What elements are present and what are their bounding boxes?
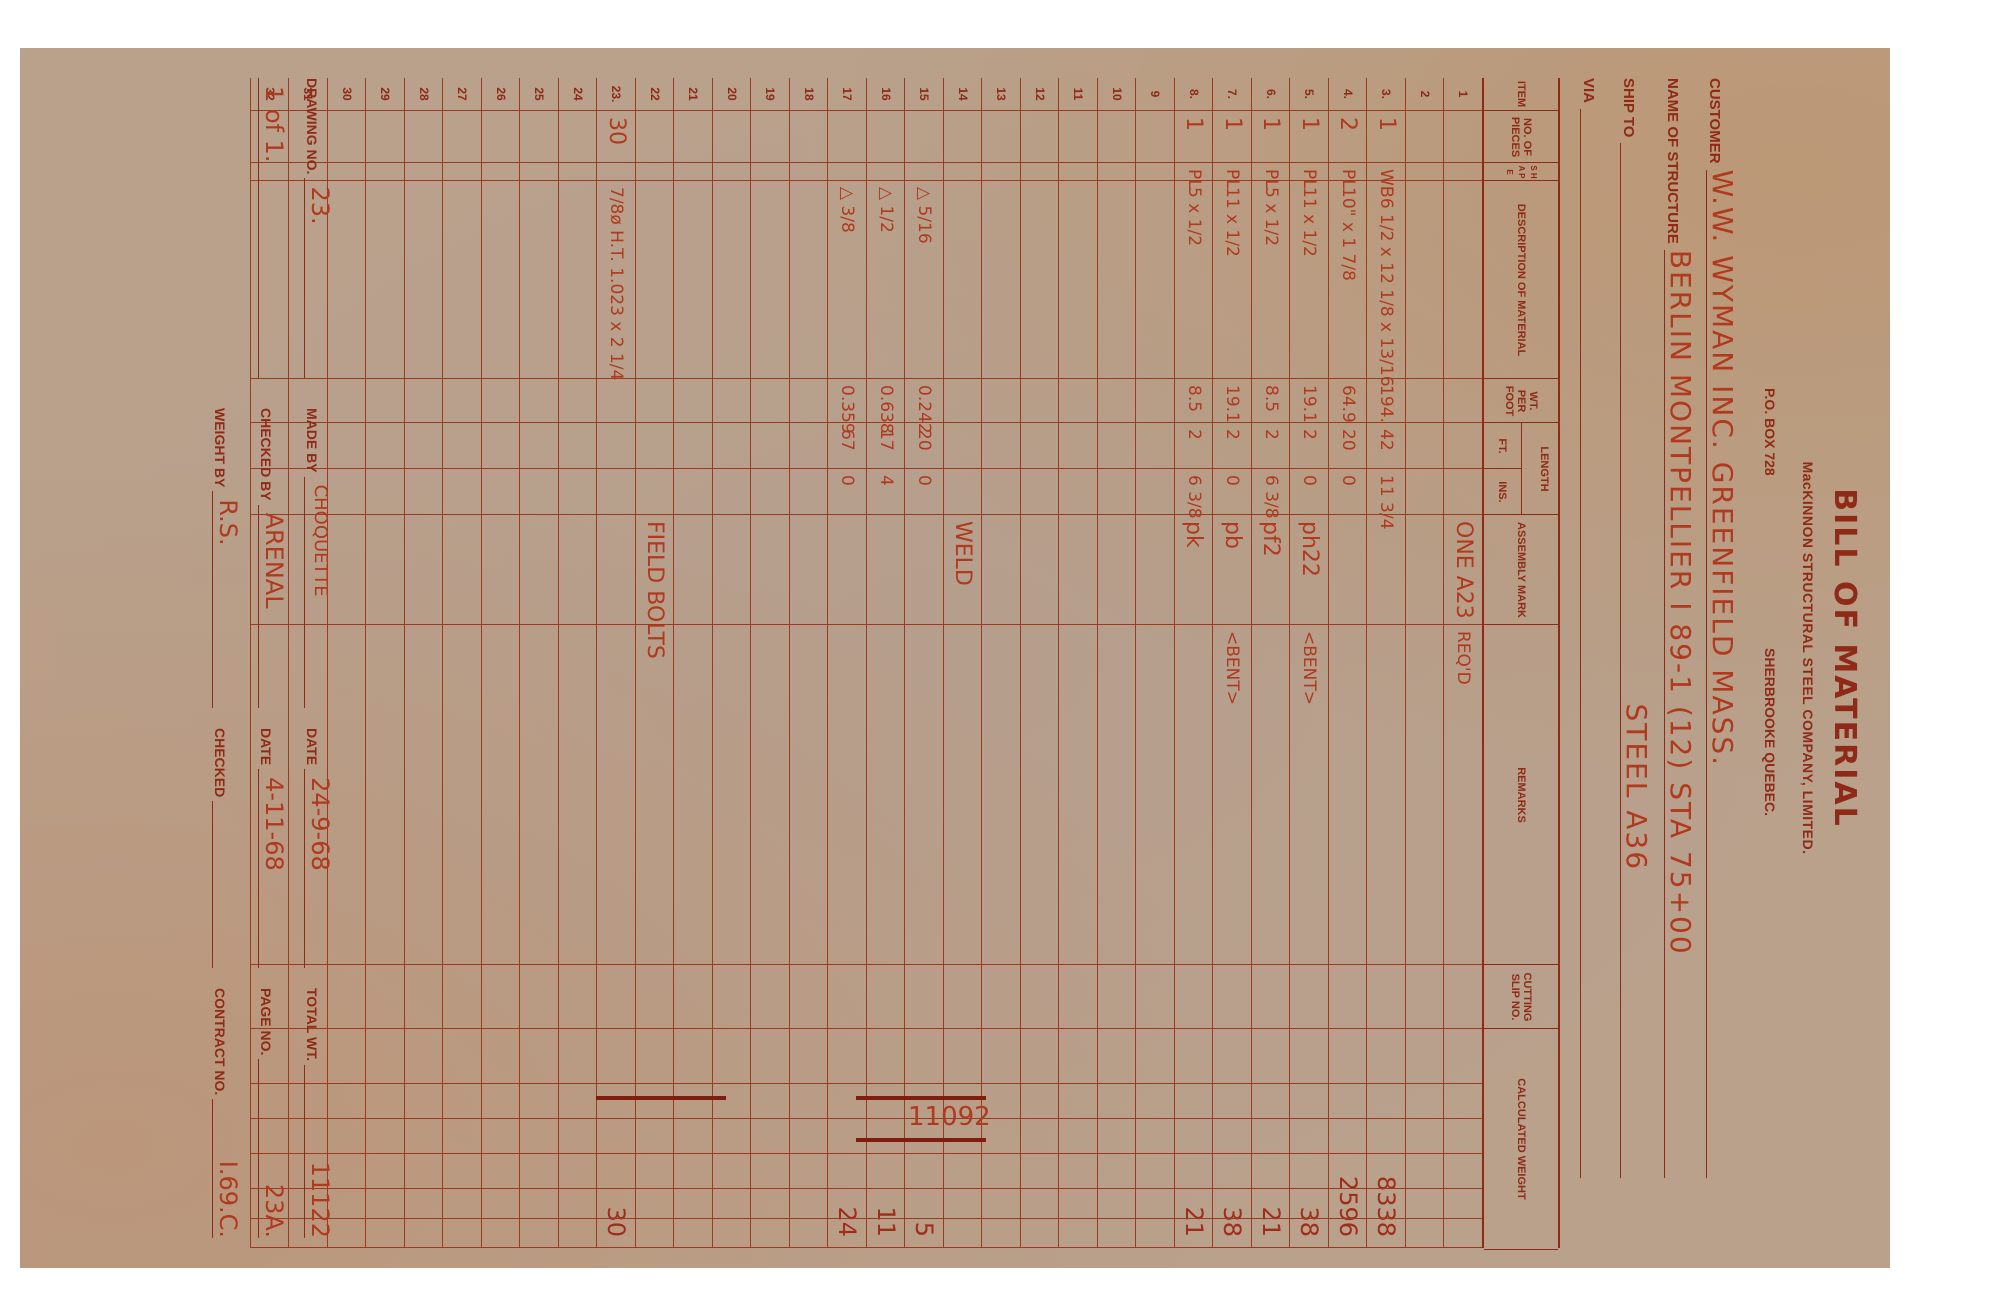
- cell-length-ins: [482, 468, 520, 514]
- cell-cutting-slip: [521, 964, 559, 1028]
- cell-length-ft: 2: [1291, 422, 1329, 468]
- via-label: VIA: [1580, 78, 1597, 109]
- cell-length-ft: 20: [906, 422, 944, 468]
- cell-description: 11 x 1/2: [1291, 180, 1329, 378]
- table-row: 10: [1097, 78, 1136, 1248]
- cell-shape: [559, 162, 597, 180]
- cell-remarks: REQ'D: [1445, 624, 1483, 964]
- cell-remarks: [944, 624, 982, 964]
- weight-column-rule: [1214, 1218, 1252, 1220]
- cell-cutting-slip: [675, 964, 713, 1028]
- cell-calculated-weight: [1021, 1028, 1059, 1248]
- cell-cutting-slip: [1445, 964, 1483, 1028]
- weight-column-rule: [1291, 1153, 1329, 1155]
- weight-column-rule: [598, 1188, 636, 1190]
- cell-wt-per-foot: [752, 378, 790, 422]
- table-row: 7.1PL11 x 1/219.120pb<BENT>38: [1213, 78, 1252, 1248]
- structure-label: NAME OF STRUCTURE: [1664, 78, 1681, 250]
- checked-date-field: DATE 4-11-68: [258, 728, 294, 968]
- cell-remarks: [829, 624, 867, 964]
- cell-remarks: [482, 624, 520, 964]
- cell-assembly-mark: FIELD BOLTS: [636, 514, 674, 624]
- cell-assembly-mark: [1329, 514, 1367, 624]
- weight-column-rule: [752, 1153, 790, 1155]
- cell-length-ft: 17: [867, 422, 905, 468]
- made-by-label: MADE BY: [304, 408, 320, 477]
- weight-column-rule: [1060, 1083, 1098, 1085]
- cell-length-ins: 6 3/8: [1252, 468, 1290, 514]
- cell-length-ft: [405, 422, 443, 468]
- weight-column-rule: [1252, 1153, 1290, 1155]
- weight-column-rule: [1291, 1188, 1329, 1190]
- weight-column-rule: [1368, 1083, 1406, 1085]
- cell-description: [1137, 180, 1175, 378]
- weight-column-rule: [1329, 1153, 1367, 1155]
- weight-column-rule: [1445, 1188, 1483, 1190]
- table-row: 22FIELD BOLTS: [635, 78, 674, 1248]
- weight-column-rule: [983, 1153, 1021, 1155]
- cell-description: [752, 180, 790, 378]
- cell-shape: [636, 162, 674, 180]
- drawing-no-field: DRAWING NO. 23.: [304, 78, 340, 378]
- cell-cutting-slip: [906, 964, 944, 1028]
- cell-wt-per-foot: 0.359: [829, 378, 867, 422]
- weight-column-rule: [636, 1153, 674, 1155]
- cell-length-ft: 20: [1329, 422, 1367, 468]
- cell-shape: [1098, 162, 1136, 180]
- weight-column-rule: [1098, 1083, 1136, 1085]
- scanned-page: BILL OF MATERIAL MacKINNON STRUCTURAL ST…: [20, 48, 1890, 1268]
- cell-description: △ 1/2: [867, 180, 905, 378]
- cell-pieces: 30: [598, 110, 636, 162]
- cell-description: [636, 180, 674, 378]
- cell-length-ins: 6 3/8: [1175, 468, 1213, 514]
- weight-column-rule: [482, 1218, 520, 1220]
- table-row: 23.307/8ø H.T. 1.023 x 2 1/430: [597, 78, 636, 1248]
- cell-length-ins: [983, 468, 1021, 514]
- weight-column-rule: [636, 1083, 674, 1085]
- cell-pieces: [521, 110, 559, 162]
- cell-assembly-mark: [790, 514, 828, 624]
- cell-assembly-mark: [482, 514, 520, 624]
- weight-column-rule: [790, 1118, 828, 1120]
- weight-column-rule: [944, 1153, 982, 1155]
- weight-column-rule: [405, 1188, 443, 1190]
- weight-column-rule: [1021, 1153, 1059, 1155]
- weight-column-rule: [1021, 1218, 1059, 1220]
- cell-length-ft: 2: [1252, 422, 1290, 468]
- weight-column-rule: [713, 1118, 751, 1120]
- cell-item: 26: [482, 78, 520, 110]
- cell-cutting-slip: [752, 964, 790, 1028]
- bill-of-material-form: BILL OF MATERIAL MacKINNON STRUCTURAL ST…: [20, 48, 1890, 1268]
- cell-length-ins: 4: [867, 468, 905, 514]
- weight-column-rule: [521, 1218, 559, 1220]
- weight-column-rule: [1175, 1118, 1213, 1120]
- weight-column-rule: [829, 1218, 867, 1220]
- weight-column-rule: [1137, 1153, 1175, 1155]
- cell-shape: [405, 162, 443, 180]
- cell-description: [405, 180, 443, 378]
- cell-length-ins: [1406, 468, 1444, 514]
- cell-description: [559, 180, 597, 378]
- cell-pieces: [367, 110, 405, 162]
- cell-item: 13: [983, 78, 1021, 110]
- cell-description: [944, 180, 982, 378]
- cell-length-ins: [675, 468, 713, 514]
- table-row: 24: [558, 78, 597, 1248]
- cell-length-ins: 0: [1291, 468, 1329, 514]
- cell-pieces: [752, 110, 790, 162]
- weight-column-rule: [983, 1083, 1021, 1085]
- checked-date-value: 4-11-68: [258, 769, 289, 968]
- cell-calculated-weight: [1060, 1028, 1098, 1248]
- cell-description: [675, 180, 713, 378]
- cell-item: 25: [521, 78, 559, 110]
- structure-field: NAME OF STRUCTURE BERLIN MONTPELLIER I 8…: [1664, 78, 1698, 1178]
- weight-column-rule: [1137, 1218, 1175, 1220]
- cell-item: 20: [713, 78, 751, 110]
- table-row: 5.1PL11 x 1/219.120ph22<BENT>38: [1290, 78, 1329, 1248]
- cell-description: 7/8ø H.T. 1.023 x 2 1/4: [598, 180, 636, 378]
- weight-column-rule: [367, 1218, 405, 1220]
- cell-length-ins: [1137, 468, 1175, 514]
- weight-column-rule: [1098, 1153, 1136, 1155]
- cell-shape: [829, 162, 867, 180]
- weight-column-rule: [598, 1153, 636, 1155]
- weight-column-rule: [559, 1153, 597, 1155]
- weight-column-rule: [1368, 1218, 1406, 1220]
- weight-column-rule: [675, 1218, 713, 1220]
- weight-column-rule: [405, 1118, 443, 1120]
- company-city: SHERBROOKE QUEBEC.: [1762, 648, 1778, 816]
- cell-length-ins: [1445, 468, 1483, 514]
- table-row: 6.1PL5 x 1/28.526 3/8pf221: [1251, 78, 1290, 1248]
- cell-shape: [713, 162, 751, 180]
- table-row: 14WELD: [943, 78, 982, 1248]
- col-cutting-slip: CUTTING SLIP NO.: [1484, 964, 1558, 1029]
- cell-assembly-mark: [521, 514, 559, 624]
- weight-column-rule: [559, 1083, 597, 1085]
- cell-remarks: [1137, 624, 1175, 964]
- cell-calculated-weight: 38: [1291, 1028, 1329, 1248]
- checked-field: CHECKED: [212, 728, 248, 968]
- weight-column-rule: [482, 1083, 520, 1085]
- cell-assembly-mark: [1406, 514, 1444, 624]
- cell-remarks: [636, 624, 674, 964]
- cell-length-ft: [1021, 422, 1059, 468]
- cell-calculated-weight: [675, 1028, 713, 1248]
- cell-cutting-slip: [1175, 964, 1213, 1028]
- cell-wt-per-foot: [367, 378, 405, 422]
- cell-wt-per-foot: [790, 378, 828, 422]
- form-footer: DRAWING NO. 23. 1 of 1. MADE BY CHOQUETT…: [50, 78, 350, 1248]
- cell-shape: [1445, 162, 1483, 180]
- cell-shape: [1406, 162, 1444, 180]
- cell-pieces: [636, 110, 674, 162]
- cell-assembly-mark: [367, 514, 405, 624]
- cell-item: 12: [1021, 78, 1059, 110]
- cell-cutting-slip: [1214, 964, 1252, 1028]
- table-row: 17△ 3/80.35967024: [828, 78, 867, 1248]
- weight-column-rule: [367, 1153, 405, 1155]
- weight-column-rule: [636, 1218, 674, 1220]
- cell-wt-per-foot: [444, 378, 482, 422]
- weight-column-rule: [444, 1083, 482, 1085]
- total-wt-value: 11122: [304, 1065, 335, 1238]
- table-row: 3.1WF36 1/2 x 12 1/8 x 13/16194.4211 3/4…: [1367, 78, 1406, 1248]
- cell-pieces: [867, 110, 905, 162]
- table-row: 9: [1136, 78, 1175, 1248]
- cell-assembly-mark: pf2: [1252, 514, 1290, 624]
- col-shape: S H A P E: [1484, 162, 1558, 181]
- cell-cutting-slip: [829, 964, 867, 1028]
- cell-assembly-mark: ONE A23: [1445, 514, 1483, 624]
- cell-assembly-mark: [713, 514, 751, 624]
- cell-remarks: [790, 624, 828, 964]
- cell-calculated-weight: 30: [598, 1028, 636, 1248]
- weight-column-rule: [1175, 1083, 1213, 1085]
- weight-column-rule: [1406, 1218, 1444, 1220]
- cell-wt-per-foot: [1060, 378, 1098, 422]
- cell-wt-per-foot: [405, 378, 443, 422]
- cell-wt-per-foot: [1406, 378, 1444, 422]
- weight-column-rule: [444, 1188, 482, 1190]
- cell-cutting-slip: [1406, 964, 1444, 1028]
- cell-shape: [983, 162, 1021, 180]
- cell-shape: WF: [1368, 162, 1406, 180]
- weight-column-rule: [521, 1118, 559, 1120]
- cell-length-ins: [559, 468, 597, 514]
- cell-wt-per-foot: 194.: [1368, 378, 1406, 422]
- cell-assembly-mark: [829, 514, 867, 624]
- cell-cutting-slip: [444, 964, 482, 1028]
- cell-assembly-mark: ph22: [1291, 514, 1329, 624]
- sheet-value: 1 of 1.: [258, 78, 289, 378]
- cell-item: 24: [559, 78, 597, 110]
- weight-column-rule: [1060, 1188, 1098, 1190]
- via-value: [1580, 109, 1611, 1178]
- cell-remarks: [983, 624, 1021, 964]
- checked-label: CHECKED: [212, 728, 228, 801]
- weight-column-rule: [1137, 1188, 1175, 1190]
- page-no-field: PAGE NO. 23A.: [258, 988, 294, 1238]
- cell-cutting-slip: [1368, 964, 1406, 1028]
- cell-length-ft: 42: [1368, 422, 1406, 468]
- weight-column-rule: [752, 1218, 790, 1220]
- cell-pieces: [1021, 110, 1059, 162]
- weight-by-value: R.S.: [212, 491, 243, 708]
- cell-calculated-weight: 21: [1252, 1028, 1290, 1248]
- weight-column-rule: [1252, 1083, 1290, 1085]
- customer-label: CUSTOMER: [1706, 78, 1723, 170]
- col-length-ft: FT.: [1483, 422, 1522, 469]
- total-wt-label: TOTAL WT.: [304, 988, 320, 1065]
- weight-column-rule: [1368, 1118, 1406, 1120]
- subtotal-rule-right: [856, 1138, 986, 1142]
- cell-pieces: [405, 110, 443, 162]
- cell-length-ft: [1060, 422, 1098, 468]
- cell-length-ins: 0: [829, 468, 867, 514]
- cell-remarks: [713, 624, 751, 964]
- weight-column-rule: [867, 1188, 905, 1190]
- cell-cutting-slip: [598, 964, 636, 1028]
- table-row: 28: [404, 78, 443, 1248]
- cell-calculated-weight: [636, 1028, 674, 1248]
- weight-column-rule: [482, 1118, 520, 1120]
- cell-length-ft: [521, 422, 559, 468]
- contract-no-label: CONTRACT NO.: [212, 988, 228, 1099]
- cell-assembly-mark: [598, 514, 636, 624]
- weight-column-rule: [1060, 1118, 1098, 1120]
- via-field: VIA: [1580, 78, 1614, 1178]
- cell-remarks: [752, 624, 790, 964]
- company-name: MacKINNON STRUCTURAL STEEL COMPANY, LIMI…: [1800, 48, 1816, 1268]
- weight-column-rule: [1021, 1118, 1059, 1120]
- weight-column-rule: [713, 1218, 751, 1220]
- drawing-no-label: DRAWING NO.: [304, 78, 320, 178]
- cell-length-ft: [983, 422, 1021, 468]
- cell-cutting-slip: [636, 964, 674, 1028]
- weight-column-rule: [1329, 1188, 1367, 1190]
- cell-length-ft: [1406, 422, 1444, 468]
- made-by-field: MADE BY CHOQUETTE: [304, 408, 340, 708]
- cell-length-ft: [367, 422, 405, 468]
- cell-pieces: [829, 110, 867, 162]
- cell-length-ft: [713, 422, 751, 468]
- weight-column-rule: [1291, 1218, 1329, 1220]
- cell-pieces: 1: [1291, 110, 1329, 162]
- cell-pieces: [1098, 110, 1136, 162]
- weight-column-rule: [1214, 1188, 1252, 1190]
- cell-assembly-mark: WELD: [944, 514, 982, 624]
- cell-pieces: [444, 110, 482, 162]
- cell-wt-per-foot: 0.638: [867, 378, 905, 422]
- made-date-value: 24-9-68: [304, 769, 335, 968]
- cell-description: 36 1/2 x 12 1/8 x 13/16: [1368, 180, 1406, 378]
- col-length-label: LENGTH: [1538, 423, 1550, 515]
- cell-item: 5.: [1291, 78, 1329, 110]
- cell-wt-per-foot: [1021, 378, 1059, 422]
- table-row: 21: [674, 78, 713, 1248]
- cell-length-ins: [713, 468, 751, 514]
- contract-no-field: CONTRACT NO. I.69.C.: [212, 988, 248, 1238]
- weight-column-rule: [1329, 1118, 1367, 1120]
- cell-cutting-slip: [944, 964, 982, 1028]
- cell-description: △ 3/8: [829, 180, 867, 378]
- col-assembly-mark: ASSEMBLY MARK: [1484, 514, 1558, 625]
- cell-shape: [906, 162, 944, 180]
- cell-cutting-slip: [367, 964, 405, 1028]
- cell-pieces: 1: [1368, 110, 1406, 162]
- cell-shape: PL: [1214, 162, 1252, 180]
- cell-cutting-slip: [482, 964, 520, 1028]
- weight-column-rule: [983, 1188, 1021, 1190]
- cell-calculated-weight: 21: [1175, 1028, 1213, 1248]
- cell-remarks: [867, 624, 905, 964]
- cell-assembly-mark: [752, 514, 790, 624]
- weight-column-rule: [1406, 1188, 1444, 1190]
- cell-cutting-slip: [790, 964, 828, 1028]
- table-row: 19: [751, 78, 790, 1248]
- table-row: 25: [520, 78, 559, 1248]
- cell-cutting-slip: [983, 964, 1021, 1028]
- weight-column-rule: [790, 1218, 828, 1220]
- cell-description: [1098, 180, 1136, 378]
- cell-wt-per-foot: [1098, 378, 1136, 422]
- weight-column-rule: [521, 1083, 559, 1085]
- cell-pieces: [1137, 110, 1175, 162]
- cell-assembly-mark: [906, 514, 944, 624]
- cell-remarks: <BENT>: [1214, 624, 1252, 964]
- cell-calculated-weight: [713, 1028, 751, 1248]
- weight-column-rule: [1175, 1188, 1213, 1190]
- cell-calculated-weight: 8338: [1368, 1028, 1406, 1248]
- cell-wt-per-foot: 19.1: [1214, 378, 1252, 422]
- table-row: 1ONE A23REQ'D: [1444, 78, 1483, 1248]
- table-row: 16△ 1/20.63817411: [866, 78, 905, 1248]
- cell-remarks: [906, 624, 944, 964]
- weight-column-rule: [752, 1188, 790, 1190]
- weight-column-rule: [713, 1083, 751, 1085]
- table-row: 18: [789, 78, 828, 1248]
- weight-column-rule: [713, 1188, 751, 1190]
- cell-shape: PL: [1252, 162, 1290, 180]
- cell-cutting-slip: [867, 964, 905, 1028]
- cell-length-ft: 67: [829, 422, 867, 468]
- weight-column-rule: [1137, 1083, 1175, 1085]
- weight-column-rule: [1291, 1083, 1329, 1085]
- weight-column-rule: [983, 1218, 1021, 1220]
- col-remarks: REMARKS: [1484, 624, 1558, 965]
- cell-remarks: <BENT>: [1291, 624, 1329, 964]
- weight-column-rule: [1214, 1118, 1252, 1120]
- cell-remarks: [405, 624, 443, 964]
- cell-length-ins: [944, 468, 982, 514]
- weight-column-rule: [675, 1118, 713, 1120]
- weight-column-rule: [559, 1118, 597, 1120]
- bolts-rule: [596, 1096, 726, 1100]
- cell-description: [1021, 180, 1059, 378]
- weight-column-rule: [405, 1218, 443, 1220]
- cell-cutting-slip: [1021, 964, 1059, 1028]
- cell-pieces: [675, 110, 713, 162]
- cell-pieces: 1: [1252, 110, 1290, 162]
- material-table: ITEM NO. OF PIECES S H A P E DESCRIPTION…: [250, 78, 1560, 1248]
- cell-wt-per-foot: [559, 378, 597, 422]
- table-row: 27: [443, 78, 482, 1248]
- cell-pieces: [790, 110, 828, 162]
- cell-calculated-weight: [1137, 1028, 1175, 1248]
- weight-column-rule: [1368, 1153, 1406, 1155]
- weight-column-rule: [636, 1118, 674, 1120]
- cell-length-ins: [752, 468, 790, 514]
- cell-wt-per-foot: [983, 378, 1021, 422]
- cell-description: 5 x 1/2: [1175, 180, 1213, 378]
- weight-by-label: WEIGHT BY: [212, 408, 228, 491]
- cell-assembly-mark: pb: [1214, 514, 1252, 624]
- weight-column-rule: [1406, 1153, 1444, 1155]
- cell-length-ins: 0: [906, 468, 944, 514]
- weight-column-rule: [713, 1153, 751, 1155]
- customer-value: W.W. WYMAN INC. GREENFIELD MASS.: [1706, 170, 1737, 1178]
- page-no-value: 23A.: [258, 1059, 289, 1238]
- cell-item: 17: [829, 78, 867, 110]
- cell-assembly-mark: [1368, 514, 1406, 624]
- cell-description: [444, 180, 482, 378]
- cell-item: 29: [367, 78, 405, 110]
- weight-column-rule: [598, 1118, 636, 1120]
